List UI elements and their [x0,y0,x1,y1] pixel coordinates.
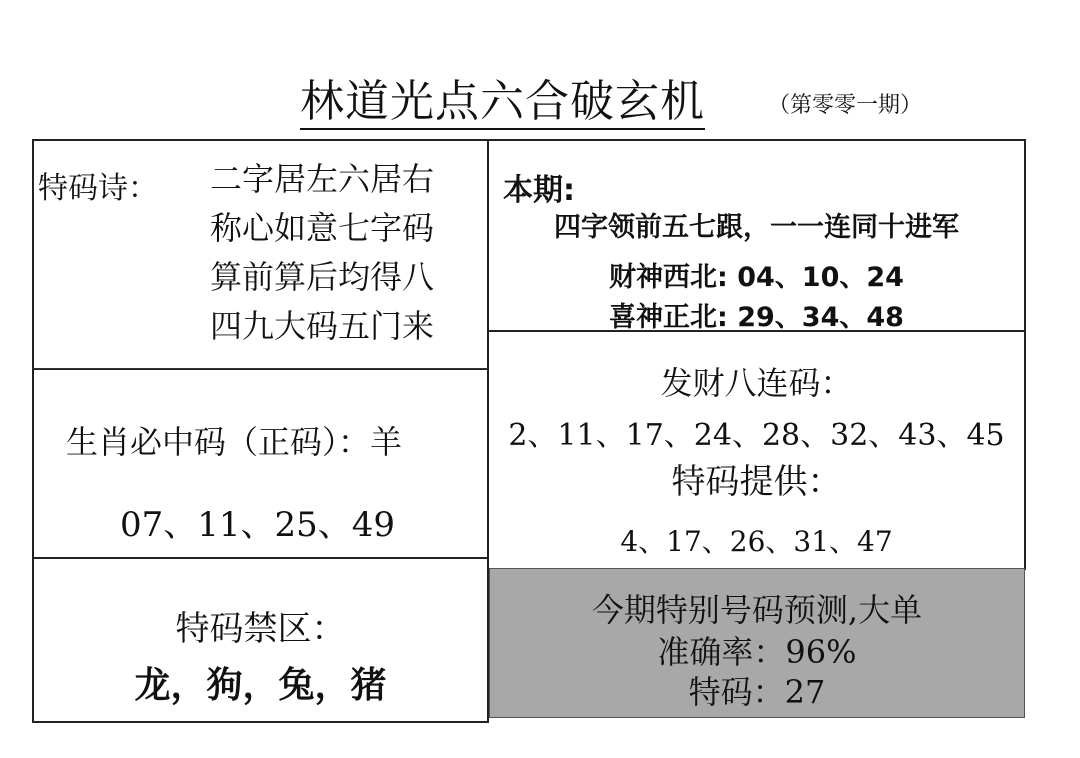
eight-numbers-label: 发财八连码： [489,358,1024,404]
joy-god-numbers: 喜神正北: 29、34、48 [489,295,1024,334]
poem-section: 特码诗： 二字居左六居右 称心如意七字码 算前算后均得八 四九大码五门来 [32,139,489,370]
zodiac-numbers: 07、11、25、49 [120,497,395,546]
eight-numbers-values: 2、11、17、24、28、32、43、45 [489,410,1024,454]
eight-numbers-section: 发财八连码： 2、11、17、24、28、32、43、45 特码提供： 4、17… [487,330,1026,570]
prediction-section: 今期特别号码预测,大单 准确率：96% 特码：27 [489,568,1025,718]
poem-line: 称心如意七字码 [210,204,434,253]
poem-lines: 二字居左六居右 称心如意七字码 算前算后均得八 四九大码五门来 [210,155,434,351]
zodiac-section: 生肖必中码（正码）：羊 07、11、25、49 [32,368,489,559]
current-verse: 四字领前五七跟，一一连同十进军 [489,205,1024,244]
poem-line: 二字居左六居右 [210,155,434,204]
forbidden-section: 特码禁区： 龙，狗，兔，猪 [32,557,489,723]
poem-line: 算前算后均得八 [210,253,434,302]
prediction-title: 今期特别号码预测,大单 [490,585,1024,631]
issue-number: （第零零一期） [768,92,922,120]
zodiac-label: 生肖必中码（正码）：羊 [66,417,402,463]
forbidden-label: 特码禁区： [34,601,487,650]
special-numbers-values: 4、17、26、31、47 [489,520,1024,560]
current-issue-section: 本期: 四字领前五七跟，一一连同十进军 财神西北: 04、10、24 喜神正北:… [487,139,1026,332]
current-label: 本期: [503,165,575,209]
special-numbers-label: 特码提供： [489,454,1024,503]
poem-label: 特码诗： [38,163,158,207]
wealth-god-numbers: 财神西北: 04、10、24 [489,255,1024,294]
forbidden-zodiacs: 龙，狗，兔，猪 [34,657,487,708]
page-title: 林道光点六合破玄机 [300,78,705,130]
poem-line: 四九大码五门来 [210,302,434,351]
prediction-special-number: 特码：27 [490,667,1024,713]
